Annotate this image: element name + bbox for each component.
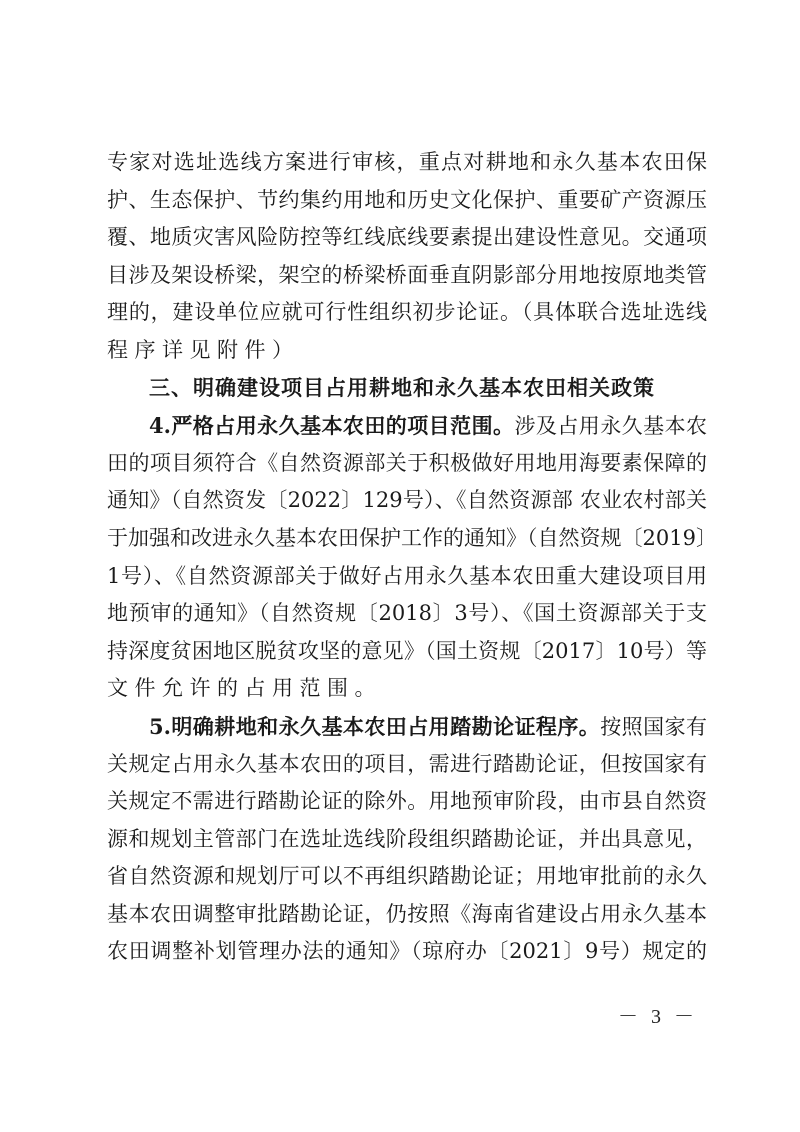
text-line: 通知》（自然资发〔2022〕129号）、《自然资源部 农业农村部关 <box>107 482 707 520</box>
text-line: 于加强和改进永久基本农田保护工作的通知》（自然资规〔2019〕 <box>107 520 707 558</box>
item-5-title: 5.明确耕地和永久基本农田占用踏勘论证程序。 <box>149 714 600 739</box>
text-line: 源和规划主管部门在选址选线阶段组织踏勘论证，并出具意见， <box>107 821 707 859</box>
text-line: 省自然资源和规划厅可以不再组织踏勘论证；用地审批前的永久 <box>107 858 707 896</box>
text-line: 文件允许的占用范围。 <box>107 670 707 708</box>
text-line: 持深度贫困地区脱贫攻坚的意见》（国土资规〔2017〕10号）等 <box>107 633 707 671</box>
text-line: 专家对选址选线方案进行审核，重点对耕地和永久基本农田保 <box>107 144 707 182</box>
text-line: 基本农田调整审批踏勘论证，仍按照《海南省建设占用永久基本 <box>107 896 707 934</box>
item-4-title: 4.严格占用永久基本农田的项目范围。 <box>149 413 514 438</box>
text-line: 目涉及架设桥梁，架空的桥梁桥面垂直阴影部分用地按原地类管 <box>107 257 707 295</box>
text-line: 关规定不需进行踏勘论证的除外。用地预审阶段，由市县自然资 <box>107 783 707 821</box>
text-line: 1号）、《自然资源部关于做好占用永久基本农田重大建设项目用 <box>107 558 707 596</box>
text-line: 覆、地质灾害风险防控等红线底线要素提出建设性意见。交通项 <box>107 219 707 257</box>
text-line: 关规定占用永久基本农田的项目，需进行踏勘论证，但按国家有 <box>107 746 707 784</box>
section-heading: 三、明确建设项目占用耕地和永久基本农田相关政策 <box>107 370 707 408</box>
body-text: 专家对选址选线方案进行审核，重点对耕地和永久基本农田保 护、生态保护、节约集约用… <box>107 144 707 971</box>
item-4-first-line-text: 涉及占用永久基本农 <box>514 414 707 438</box>
item-5-first-line-text: 按照国家有 <box>600 715 707 739</box>
document-page: 专家对选址选线方案进行审核，重点对耕地和永久基本农田保 护、生态保护、节约集约用… <box>0 0 800 1132</box>
text-line: 田的项目须符合《自然资源部关于积极做好用地用海要素保障的 <box>107 445 707 483</box>
page-number: － 3 － <box>618 1000 698 1029</box>
item-4-first-line: 4.严格占用永久基本农田的项目范围。涉及占用永久基本农 <box>107 407 707 445</box>
text-line: 地预审的通知》（自然资规〔2018〕3号）、《国土资源部关于支 <box>107 595 707 633</box>
text-line: 护、生态保护、节约集约用地和历史文化保护、重要矿产资源压 <box>107 182 707 220</box>
text-line: 农田调整补划管理办法的通知》（琼府办〔2021〕9号）规定的 <box>107 933 707 971</box>
text-line: 程序详见附件） <box>107 332 707 370</box>
text-line: 理的，建设单位应就可行性组织初步论证。（具体联合选址选线 <box>107 294 707 332</box>
item-5-first-line: 5.明确耕地和永久基本农田占用踏勘论证程序。按照国家有 <box>107 708 707 746</box>
